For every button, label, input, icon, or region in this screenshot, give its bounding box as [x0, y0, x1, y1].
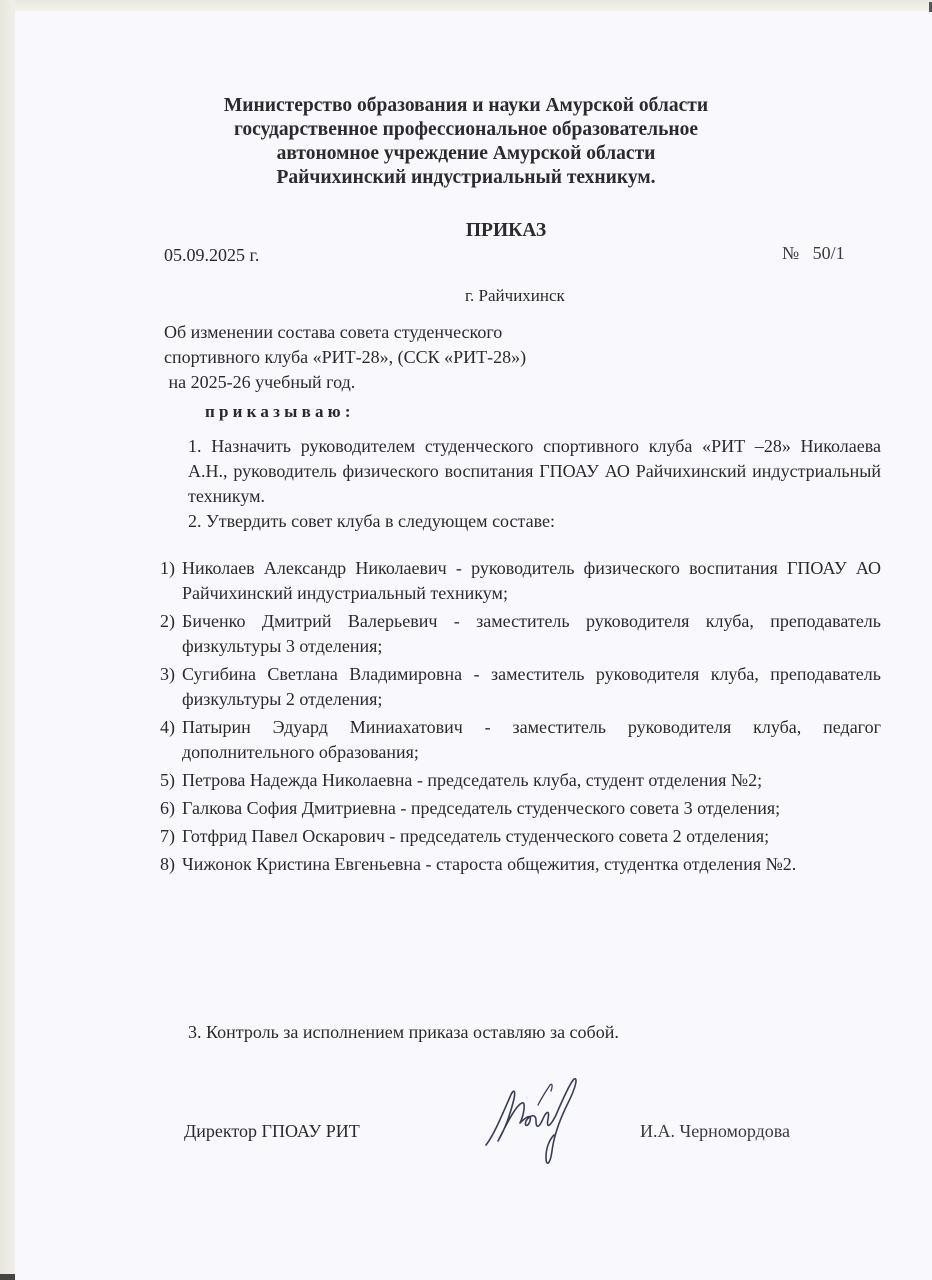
- list-item: 1)Николаев Александр Николаевич - руково…: [160, 556, 881, 606]
- scan-border-top: [0, 0, 932, 11]
- order-city: г. Райчихинск: [465, 286, 565, 306]
- item-2-text: 2. Утвердить совет клуба в следующем сос…: [164, 509, 881, 534]
- subject-line: спортивного клуба «РИТ-28», (ССК «РИТ-28…: [164, 345, 526, 370]
- scan-artifact: [0, 1274, 15, 1280]
- council-members-list: 1)Николаев Александр Николаевич - руково…: [160, 556, 881, 880]
- signatory-role: Директор ГПОАУ РИТ: [184, 1121, 360, 1142]
- item-3-control: 3. Контроль за исполнением приказа остав…: [188, 1022, 619, 1043]
- order-date: 05.09.2025 г.: [164, 245, 259, 266]
- list-number: 4): [160, 715, 175, 740]
- header-line: Райчихинский индустриальный техникум.: [0, 166, 932, 190]
- order-subject: Об изменении состава совета студенческог…: [164, 320, 526, 395]
- member-text: Готфрид Павел Оскарович - председатель с…: [182, 826, 769, 846]
- list-item: 6)Галкова София Дмитриевна - председател…: [160, 796, 881, 821]
- member-text: Галкова София Дмитриевна - председатель …: [182, 798, 780, 818]
- list-item: 2)Биченко Дмитрий Валерьевич - заместите…: [160, 609, 881, 659]
- member-text: Патырин Эдуард Миниахатович - заместител…: [182, 717, 881, 762]
- item-2-approve-council: 2. Утвердить совет клуба в следующем сос…: [164, 509, 881, 534]
- handwritten-signature-icon: [480, 1075, 590, 1170]
- item-1-text: 1. Назначить руководителем студенческого…: [164, 434, 881, 509]
- list-item: 3)Сугибина Светлана Владимировна - замес…: [160, 662, 881, 712]
- list-item: 5)Петрова Надежда Николаевна - председат…: [160, 768, 881, 793]
- order-title: ПРИКАЗ: [0, 220, 932, 242]
- list-number: 3): [160, 662, 175, 687]
- member-text: Сугибина Светлана Владимировна - замести…: [182, 664, 881, 709]
- member-text: Биченко Дмитрий Валерьевич - заместитель…: [182, 611, 881, 656]
- scan-border-left: [0, 0, 15, 1280]
- list-number: 8): [160, 852, 175, 877]
- member-text: Николаев Александр Николаевич - руководи…: [182, 558, 881, 603]
- header-line: государственное профессиональное образов…: [0, 118, 932, 142]
- subject-line: Об изменении состава совета студенческог…: [164, 320, 526, 345]
- list-number: 5): [160, 768, 175, 793]
- item-1-appoint-head: 1. Назначить руководителем студенческого…: [164, 434, 881, 509]
- signatory-name: И.А. Черномордова: [640, 1121, 790, 1142]
- order-number: № 50/1: [782, 243, 845, 264]
- header-line: автономное учреждение Амурской области: [0, 142, 932, 166]
- decree-word: приказываю:: [205, 402, 355, 422]
- organization-header: Министерство образования и науки Амурско…: [0, 94, 932, 190]
- member-text: Петрова Надежда Николаевна - председател…: [182, 770, 762, 790]
- list-item: 4)Патырин Эдуард Миниахатович - заместит…: [160, 715, 881, 765]
- list-number: 2): [160, 609, 175, 634]
- member-text: Чижонок Кристина Евгеньевна - староста о…: [182, 854, 796, 874]
- list-number: 1): [160, 556, 175, 581]
- list-item: 7)Готфрид Павел Оскарович - председатель…: [160, 824, 881, 849]
- list-item: 8)Чижонок Кристина Евгеньевна - староста…: [160, 852, 881, 877]
- subject-line: на 2025-26 учебный год.: [164, 370, 526, 395]
- list-number: 6): [160, 796, 175, 821]
- header-line: Министерство образования и науки Амурско…: [0, 94, 932, 118]
- list-number: 7): [160, 824, 175, 849]
